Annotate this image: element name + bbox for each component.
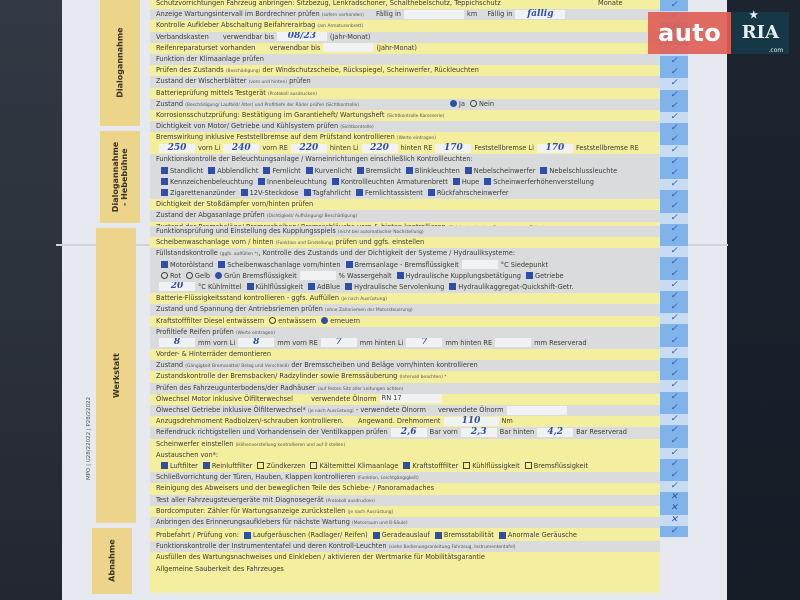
hydraulik-checkbox[interactable] [345, 283, 352, 290]
check-mark-icon: ✓ [660, 0, 688, 11]
row-fluids-2: RotGelbGrün Bremsflüssigkeit% Wassergeha… [150, 271, 660, 282]
light-label: Hupe [462, 178, 479, 186]
fluid-label: Motorölstand [170, 261, 213, 269]
kuehl-label: AdBlue [317, 283, 340, 291]
kuehlmittel-label: °C Kühlmittel [198, 283, 242, 291]
section-dialogannahme: Schutzvorrichtungen Fahrzeug anbringen: … [150, 0, 660, 143]
hydraulik-label: Hydraulikaggregat-Quickshift-Getr. [458, 283, 573, 291]
check-mark-icon: ✓ [660, 425, 688, 436]
row-wischerblaetter: Zustand der Wischerblätter (vorn und hin… [150, 76, 660, 87]
fluid-checkbox[interactable] [346, 261, 353, 268]
row-bremswirkung: Bremswirkung inklusive Feststellbremse a… [150, 132, 660, 143]
check-mark-icon: ✓ [660, 280, 688, 291]
hydraulik-label: Hydraulische Kupplungsbetätigung [406, 272, 521, 280]
row-probefahrt: Probefahrt / Prüfung von:Laufgeräuschen … [150, 530, 660, 541]
pressure-label: Bar hinten [500, 428, 534, 436]
light-label: Zigarettenanzünder [170, 189, 236, 197]
tread-value-field[interactable]: 8 [238, 338, 274, 347]
light-label: Nebelscheinwerfer [474, 167, 536, 175]
pressure-label: Bar Reserverad [576, 428, 627, 436]
replace-checkbox[interactable] [463, 462, 470, 469]
star-icon: ★ [749, 10, 758, 22]
wassergehalt-label: % Wassergehalt [339, 272, 392, 280]
check-mark-icon: ✓ [660, 201, 688, 212]
section-label-werkstatt: Werkstatt [96, 228, 136, 523]
fluid-color-checkbox[interactable] [215, 272, 222, 279]
check-mark-icon: ✓ [660, 123, 688, 134]
replace-checkbox[interactable] [403, 462, 410, 469]
row-verbandskasten: Verbandskasten verwendbar bis08/23(Jahr-… [150, 32, 660, 43]
kraftstofffilter-label: erneuern [330, 317, 360, 325]
check-mark-icon: ✓ [660, 403, 688, 414]
row-replace-items: LuftfilterReinluftfilterZündkerzenKältem… [150, 461, 660, 472]
check-mark-icon: ✓ [660, 526, 688, 537]
pressure-value-field[interactable]: 2,6 [391, 428, 427, 437]
row-oelwechsel-getriebe: Ölwechsel Getriebe inklusive Ölfilterwec… [150, 405, 660, 416]
row-bremsbacken: Zustandskontrolle der Bremsbacken/ Radzy… [150, 371, 660, 382]
check-mark-icon: ✓ [660, 448, 688, 459]
row-airbag: Kontrolle Aufkleber Abschaltung Beifahre… [150, 20, 660, 31]
kuehlmittel-field[interactable]: 20 [159, 282, 195, 291]
wassergehalt-field[interactable] [300, 271, 336, 280]
row-fluids-3: 20°C KühlmittelKühlflüssigkeitAdBlueHydr… [150, 282, 660, 293]
brake-value-field[interactable]: 170 [537, 144, 573, 153]
light-checkbox[interactable] [332, 178, 339, 185]
tread-value-field[interactable]: 8 [159, 338, 195, 347]
check-mark-icon: ✓ [660, 246, 688, 257]
drive-checkbox[interactable] [435, 532, 442, 539]
light-checkbox[interactable] [263, 167, 270, 174]
check-mark-icon: ✓ [660, 470, 688, 481]
replace-checkbox[interactable] [310, 462, 317, 469]
brake-label: vorn Li [198, 144, 220, 152]
light-label: Nebelschlussleuchte [549, 167, 617, 175]
row-schutzvorrichtungen: Schutzvorrichtungen Fahrzeug anbringen: … [150, 0, 660, 9]
light-checkbox[interactable] [208, 167, 215, 174]
oelnorm-getriebe-field[interactable] [507, 406, 567, 415]
row-kraftstofffilter: Kraftstofffilter Diesel entwässernentwäs… [150, 316, 660, 327]
row-korrosionsschutz: Korrosionsschutzprüfung: Bestätigung im … [150, 110, 660, 121]
check-mark-icon: ✓ [660, 302, 688, 313]
check-mark-icon: ✓ [660, 78, 688, 89]
light-checkbox[interactable] [484, 178, 491, 185]
row-brake-values: 250vorn Li240vorn RE220hinten Li220hinte… [150, 143, 660, 154]
fluid-checkbox[interactable] [161, 261, 168, 268]
check-mark-icon: ✓ [660, 145, 688, 156]
check-mark-icon: ✓ [660, 190, 688, 201]
row-scheinwerfer: Scheinwerfer einstellen (Höhenverstellun… [150, 439, 660, 450]
cross-mark-icon: ✕ [660, 492, 688, 503]
check-mark-icon: ✓ [660, 380, 688, 391]
checkmark-column: ✓✓✓✓✓✓✓✓✓✓✓✓✓✓✓✓✓✓✓✓✓✓✓✓✓✓✓✓✓✓✓✓✓✓✓✓✓✓✓✓… [660, 0, 688, 537]
replace-checkbox[interactable] [257, 462, 264, 469]
kraftstofffilter-checkbox[interactable] [321, 317, 328, 324]
replace-label: Luftfilter [170, 462, 198, 470]
row-unterboden: Prüfen des Fahrzeugunterbodens/der Radhä… [150, 383, 660, 394]
check-mark-icon: ✓ [660, 67, 688, 78]
print-code: MPO | U28/22022 | P28/22022 [86, 397, 92, 480]
watermark-ria: ★ RIA .com [731, 12, 789, 54]
light-checkbox[interactable] [161, 167, 168, 174]
background-surface-right [720, 0, 800, 600]
hydraulik-label: Getriebe [535, 272, 564, 280]
row-dichtigkeit: Dichtigkeit von Motor/ Getriebe und Kühl… [150, 121, 660, 132]
row-diagnose: Test aller Fahrzeugsteuergeräte mit Diag… [150, 495, 660, 506]
row-lights-2: KennzeichenbeleuchtungInnenbeleuchtungKo… [150, 177, 660, 188]
row-aufkleber: Anbringen des Erinnerungsaufklebers für … [150, 517, 660, 528]
row-wartungsnachweis: Ausfüllen des Wartungsnachweises und Ein… [150, 552, 660, 563]
pressure-value-field[interactable]: 2,3 [461, 428, 497, 437]
check-mark-icon: ✓ [660, 324, 688, 335]
row-zustand-raeder: Zustand (Beschädigung/ Laufbild/ Alter) … [150, 99, 660, 110]
brake-label: Feststellbremse Li [474, 144, 534, 152]
check-mark-icon: ✓ [660, 235, 688, 246]
light-checkbox[interactable] [356, 189, 363, 196]
brake-value-field[interactable]: 220 [291, 144, 327, 153]
drive-label: Anormale Geräusche [508, 531, 577, 539]
check-mark-icon: ✓ [660, 179, 688, 190]
pressure-label: Bar vorn [430, 428, 458, 436]
replace-checkbox[interactable] [525, 462, 532, 469]
fluid-label: Scheibenwaschanlage vorn/hinten [227, 261, 340, 269]
korrosion-ja-radio[interactable] [450, 100, 457, 107]
row-scheibenwaschanlage: Scheibenwaschanlage vorn / hinten (Funkt… [150, 237, 660, 248]
check-mark-icon: ✓ [660, 101, 688, 112]
check-mark-icon: ✓ [660, 481, 688, 492]
korrosion-nein-radio[interactable] [470, 100, 477, 107]
check-mark-icon: ✓ [660, 56, 688, 67]
check-mark-icon: ✓ [660, 112, 688, 123]
row-wartungsintervall: Anzeige Wartungsintervall im Bordrechner… [150, 9, 660, 20]
replace-checkbox[interactable] [161, 462, 168, 469]
row-raeder-demontieren: Vorder- & Hinterräder demontieren [150, 349, 660, 360]
light-label: 12V-Steckdose [250, 189, 299, 197]
row-bordcomputer: Bordcomputer: Zähler für Wartungsanzeige… [150, 506, 660, 517]
light-checkbox[interactable] [306, 167, 313, 174]
row-profiltiefe: Profiltiefe Reifen prüfen (Werte eintrag… [150, 327, 660, 338]
check-mark-icon: ✓ [660, 157, 688, 168]
tread-value-field[interactable]: 7 [406, 338, 442, 347]
brake-value-field[interactable]: 220 [362, 144, 398, 153]
row-abgasanlage: Zustand der Abgasanlage prüfen (Dichtigk… [150, 210, 660, 221]
row-reifendruck: Reifendruck richtigstellen und Vorhanden… [150, 427, 660, 438]
check-mark-icon: ✓ [660, 134, 688, 145]
autoria-watermark: auto ★ RIA .com [648, 12, 789, 54]
fluid-checkbox[interactable] [218, 261, 225, 268]
light-checkbox[interactable] [428, 189, 435, 196]
row-blank [150, 575, 660, 593]
light-label: Scheinwerferhöhenverstellung [493, 178, 594, 186]
verbandskasten-date-field[interactable]: 08/23 [277, 32, 327, 41]
tread-value-field[interactable]: 7 [321, 338, 357, 347]
reifenreparaturset-date-field[interactable] [323, 43, 373, 52]
row-sauberkeit: Allgemeine Sauberkeit des Fahrzeuges [150, 564, 660, 575]
tread-label: mm hinten RE [445, 339, 492, 347]
check-mark-icon: ✓ [660, 414, 688, 425]
replace-label: Zündkerzen [266, 462, 305, 470]
brake-label: hinten Li [330, 144, 359, 152]
check-mark-icon: ✓ [660, 269, 688, 280]
row-reifenreparaturset: Reifenreparaturset vorhanden verwendbar … [150, 43, 660, 54]
fluid-color-label: Grün Bremsflüssigkeit [224, 272, 297, 280]
faellig-monate-field[interactable]: fällig [515, 10, 565, 19]
check-mark-icon: ✓ [660, 369, 688, 380]
kuehl-checkbox[interactable] [247, 283, 254, 290]
light-checkbox[interactable] [357, 167, 364, 174]
tread-label: mm hinten Li [360, 339, 404, 347]
row-klimaanlage: Funktion der Klimaanlage prüfen [150, 54, 660, 65]
row-drehmoment: Anzugsdrehmoment Radbolzen/-schrauben ko… [150, 416, 660, 427]
replace-label: Kühlflüssigkeit [472, 462, 519, 470]
hydraulik-checkbox[interactable] [526, 272, 533, 279]
cross-mark-icon: ✕ [660, 503, 688, 514]
light-checkbox[interactable] [540, 167, 547, 174]
row-fluids-1: MotorölstandScheibenwaschanlage vorn/hin… [150, 260, 660, 271]
kuehl-label: Kühlflüssigkeit [256, 283, 303, 291]
row-zustand-scheibe: Prüfen des Zustands (Beschädigung) der W… [150, 65, 660, 76]
row-lights-1: StandlichtAbblendlichtFernlichtKurvenlic… [150, 166, 660, 177]
brake-value-field[interactable]: 170 [435, 144, 471, 153]
light-label: Fernlichtassistent [365, 189, 423, 197]
replace-checkbox[interactable] [203, 462, 210, 469]
replace-label: Bremsflüssigkeit [534, 462, 588, 470]
check-mark-icon: ✓ [660, 90, 688, 101]
check-mark-icon: ✓ [660, 313, 688, 324]
row-kupplung: Funktionsprüfung und Einstellung des Kup… [150, 226, 660, 237]
fluid-color-label: Gelb [195, 272, 210, 280]
drive-checkbox[interactable] [499, 532, 506, 539]
fluid-label: Bremsanlage - Bremsflüssigkeit [355, 261, 459, 269]
light-label: Tagfahrlicht [313, 189, 351, 197]
kraftstofffilter-label: entwässern [278, 317, 316, 325]
light-label: Blinkleuchten [415, 167, 460, 175]
hydraulik-checkbox[interactable] [397, 272, 404, 279]
pressure-value-field[interactable]: 4,2 [537, 428, 573, 437]
kuehl-checkbox[interactable] [308, 283, 315, 290]
light-checkbox[interactable] [406, 167, 413, 174]
kraftstofffilter-checkbox[interactable] [269, 317, 276, 324]
fluid-color-checkbox[interactable] [186, 272, 193, 279]
section-label-hebebuehne: Dialogannahme - Hebebühne [100, 131, 140, 223]
light-checkbox[interactable] [465, 167, 472, 174]
check-mark-icon: ✓ [660, 392, 688, 403]
fluid-color-checkbox[interactable] [161, 272, 168, 279]
row-beleuchtung: Funktionskontrolle der Beleuchtungsanlag… [150, 154, 660, 165]
light-label: Bremslicht [366, 167, 401, 175]
siedepunkt-field[interactable] [462, 260, 498, 269]
brake-value-field[interactable]: 250 [159, 144, 195, 153]
fluid-color-label: Rot [170, 272, 181, 280]
check-mark-icon: ✓ [660, 168, 688, 179]
row-lights-3: Zigarettenanzünder12V-SteckdoseTagfahrli… [150, 188, 660, 199]
section-label-dialogannahme: Dialogannahme [100, 0, 140, 126]
drive-label: Laufgeräuschen (Radlager/ Reifen) [253, 531, 368, 539]
check-mark-icon: ✓ [660, 436, 688, 447]
check-mark-icon: ✓ [660, 224, 688, 235]
section-label-abnahme: Abnahme [92, 528, 132, 594]
hydraulik-label: Hydraulische Servolenkung [354, 283, 444, 291]
tread-label: mm vorn Li [198, 339, 235, 347]
brake-value-field[interactable]: 240 [223, 144, 259, 153]
row-austauschen: Austauschen von*: [150, 450, 660, 461]
row-instrumente: Funktionskontrolle der Instrumententafel… [150, 541, 660, 552]
tread-value-field[interactable] [495, 338, 531, 347]
siedepunkt-label: °C Siedepunkt [501, 261, 548, 269]
drive-checkbox[interactable] [373, 532, 380, 539]
light-label: Fernlicht [272, 167, 300, 175]
drive-label: Bremsstabilität [444, 531, 494, 539]
replace-label: Kraftstofffilter [412, 462, 458, 470]
light-checkbox[interactable] [161, 178, 168, 185]
replace-label: Reinluftfilter [212, 462, 253, 470]
check-mark-icon: ✓ [660, 358, 688, 369]
check-mark-icon: ✓ [660, 336, 688, 347]
check-mark-icon: ✓ [660, 459, 688, 470]
drehmoment-field[interactable]: 110 [444, 417, 499, 426]
light-label: Kontrollleuchten Armaturenbrett [341, 178, 448, 186]
light-checkbox[interactable] [258, 178, 265, 185]
replace-label: Kältemittel Klimaanlage [319, 462, 398, 470]
light-label: Kennzeichenbeleuchtung [170, 178, 253, 186]
light-label: Kurvenlicht [315, 167, 352, 175]
row-zustand-bremsen: Zustand (Gängigkeit Bremssattel/ Belag u… [150, 360, 660, 371]
cross-mark-icon: ✕ [660, 515, 688, 526]
row-schliessvorrichtung: Schließvorrichtung der Türen, Hauben, Kl… [150, 472, 660, 483]
light-checkbox[interactable] [453, 178, 460, 185]
light-checkbox[interactable] [161, 189, 168, 196]
check-mark-icon: ✓ [660, 257, 688, 268]
row-batteriepruefung: Batterieprüfung mittels Testgerät (Proto… [150, 88, 660, 99]
row-batterie-fluessigkeit: Batterie-Flüssigkeitsstand kontrollieren… [150, 293, 660, 304]
drive-checkbox[interactable] [244, 532, 251, 539]
oelnorm-motor-field[interactable]: RN 17 [380, 394, 442, 403]
light-label: Innenbeleuchtung [267, 178, 327, 186]
row-stossdaempfer: Dichtigkeit der Stoßdämpfer vorn/hinten … [150, 199, 660, 210]
brake-label: vorn RE [262, 144, 288, 152]
row-reinigung: Reinigung des Abweisers und der beweglic… [150, 483, 660, 494]
light-label: Abblendlicht [217, 167, 258, 175]
light-checkbox[interactable] [304, 189, 311, 196]
section-abnahme: Probefahrt / Prüfung von:Laufgeräuschen … [150, 530, 660, 593]
hydraulik-checkbox[interactable] [449, 283, 456, 290]
tread-label: mm vorn RE [277, 339, 318, 347]
light-label: Rückfahrscheinwerfer [437, 189, 509, 197]
section-werkstatt: Funktionsprüfung und Einstellung des Kup… [150, 226, 660, 550]
row-antriebsriemen: Zustand und Spannung der Antriebsriemen … [150, 304, 660, 315]
brake-label: Feststellbremse RE [576, 144, 639, 152]
tread-label: mm Reserverad [534, 339, 586, 347]
light-checkbox[interactable] [241, 189, 248, 196]
drive-label: Geradeauslauf [382, 531, 430, 539]
row-tread-values: 8mm vorn Li8mm vorn RE7mm hinten Li7mm h… [150, 338, 660, 349]
check-mark-icon: ✓ [660, 291, 688, 302]
check-mark-icon: ✓ [660, 213, 688, 224]
row-oelwechsel-motor: Ölwechsel Motor inklusive Ölfilterwechse… [150, 394, 660, 405]
watermark-auto: auto [648, 12, 731, 54]
light-label: Standlicht [170, 167, 203, 175]
brake-label: hinten RE [401, 144, 433, 152]
check-mark-icon: ✓ [660, 347, 688, 358]
faellig-km-field[interactable] [404, 10, 464, 19]
row-fuellstand: Füllstandskontrolle (ggfs. auffüllen *),… [150, 248, 660, 259]
